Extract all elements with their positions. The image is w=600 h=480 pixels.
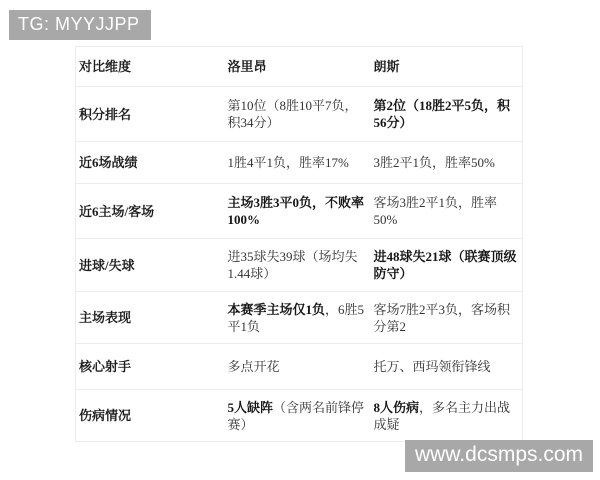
cell-text: 8人伤病 xyxy=(374,400,420,415)
header-team-lorient: 洛里昂 xyxy=(225,47,371,87)
cell-lorient: 多点开花 xyxy=(225,344,371,390)
cell-text: 进48球失21球（联赛顶级防守） xyxy=(374,249,517,281)
cell-lens: 第2位（18胜2平5负，积56分） xyxy=(371,87,523,142)
cell-text: 本赛季主场仅1负 xyxy=(228,302,326,317)
table-row-home-away: 近6主场/客场 主场3胜3平0负，不败率100% 客场3胜2平1负，胜率50% xyxy=(76,184,523,239)
row-label: 主场表现 xyxy=(76,292,225,344)
cell-text: 托万、西玛领衔锋线 xyxy=(374,359,491,374)
cell-text: 主场3胜3平0负，不败率100% xyxy=(228,195,365,227)
table-row-injuries: 伤病情况 5人缺阵（含两名前锋停赛） 8人伤病，多名主力出战成疑 xyxy=(76,390,523,442)
cell-text: 第10位（8胜10平7负，积34分） xyxy=(228,98,358,130)
cell-text: 5人缺阵 xyxy=(228,400,274,415)
comparison-table-container: 对比维度 洛里昂 朗斯 积分排名 第10位（8胜10平7负，积34分） 第2位（… xyxy=(75,46,522,442)
row-label: 伤病情况 xyxy=(76,390,225,442)
cell-lens: 进48球失21球（联赛顶级防守） xyxy=(371,239,523,292)
cell-text: 3胜2平1负，胜率50% xyxy=(374,155,495,170)
table-row-home-performance: 主场表现 本赛季主场仅1负，6胜5平1负 客场7胜2平3负，客场积分第2 xyxy=(76,292,523,344)
header-dimension: 对比维度 xyxy=(76,47,225,87)
cell-lorient: 第10位（8胜10平7负，积34分） xyxy=(225,87,371,142)
cell-lorient: 1胜4平1负，胜率17% xyxy=(225,142,371,184)
team-comparison-table: 对比维度 洛里昂 朗斯 积分排名 第10位（8胜10平7负，积34分） 第2位（… xyxy=(75,46,523,442)
table-row-last6: 近6场战绩 1胜4平1负，胜率17% 3胜2平1负，胜率50% xyxy=(76,142,523,184)
table-row-key-scorer: 核心射手 多点开花 托万、西玛领衔锋线 xyxy=(76,344,523,390)
telegram-badge: TG: MYYJJPP xyxy=(9,10,151,40)
cell-lens: 8人伤病，多名主力出战成疑 xyxy=(371,390,523,442)
row-label: 积分排名 xyxy=(76,87,225,142)
cell-lorient: 5人缺阵（含两名前锋停赛） xyxy=(225,390,371,442)
cell-text: 1胜4平1负，胜率17% xyxy=(228,155,349,170)
row-label: 近6主场/客场 xyxy=(76,184,225,239)
cell-lens: 客场3胜2平1负，胜率50% xyxy=(371,184,523,239)
cell-text: 客场7胜2平3负，客场积分第2 xyxy=(374,302,511,334)
header-team-lens: 朗斯 xyxy=(371,47,523,87)
cell-lorient: 本赛季主场仅1负，6胜5平1负 xyxy=(225,292,371,344)
cell-text: 进35球失39球（场均失1.44球） xyxy=(228,249,358,281)
cell-lens: 托万、西玛领衔锋线 xyxy=(371,344,523,390)
cell-text: 多点开花 xyxy=(228,359,280,374)
watermark-badge: www.dcsmps.com xyxy=(405,440,593,472)
cell-lens: 3胜2平1负，胜率50% xyxy=(371,142,523,184)
cell-text: 客场3胜2平1负，胜率50% xyxy=(374,195,498,227)
cell-lorient: 主场3胜3平0负，不败率100% xyxy=(225,184,371,239)
table-row-ranking: 积分排名 第10位（8胜10平7负，积34分） 第2位（18胜2平5负，积56分… xyxy=(76,87,523,142)
row-label: 核心射手 xyxy=(76,344,225,390)
row-label: 近6场战绩 xyxy=(76,142,225,184)
table-header-row: 对比维度 洛里昂 朗斯 xyxy=(76,47,523,87)
cell-lens: 客场7胜2平3负，客场积分第2 xyxy=(371,292,523,344)
page: { "badges": { "tg": "TG: MYYJJPP", "wate… xyxy=(0,0,600,480)
table-row-goals: 进球/失球 进35球失39球（场均失1.44球） 进48球失21球（联赛顶级防守… xyxy=(76,239,523,292)
cell-lorient: 进35球失39球（场均失1.44球） xyxy=(225,239,371,292)
row-label: 进球/失球 xyxy=(76,239,225,292)
cell-text: 第2位（18胜2平5负，积56分） xyxy=(374,98,511,130)
